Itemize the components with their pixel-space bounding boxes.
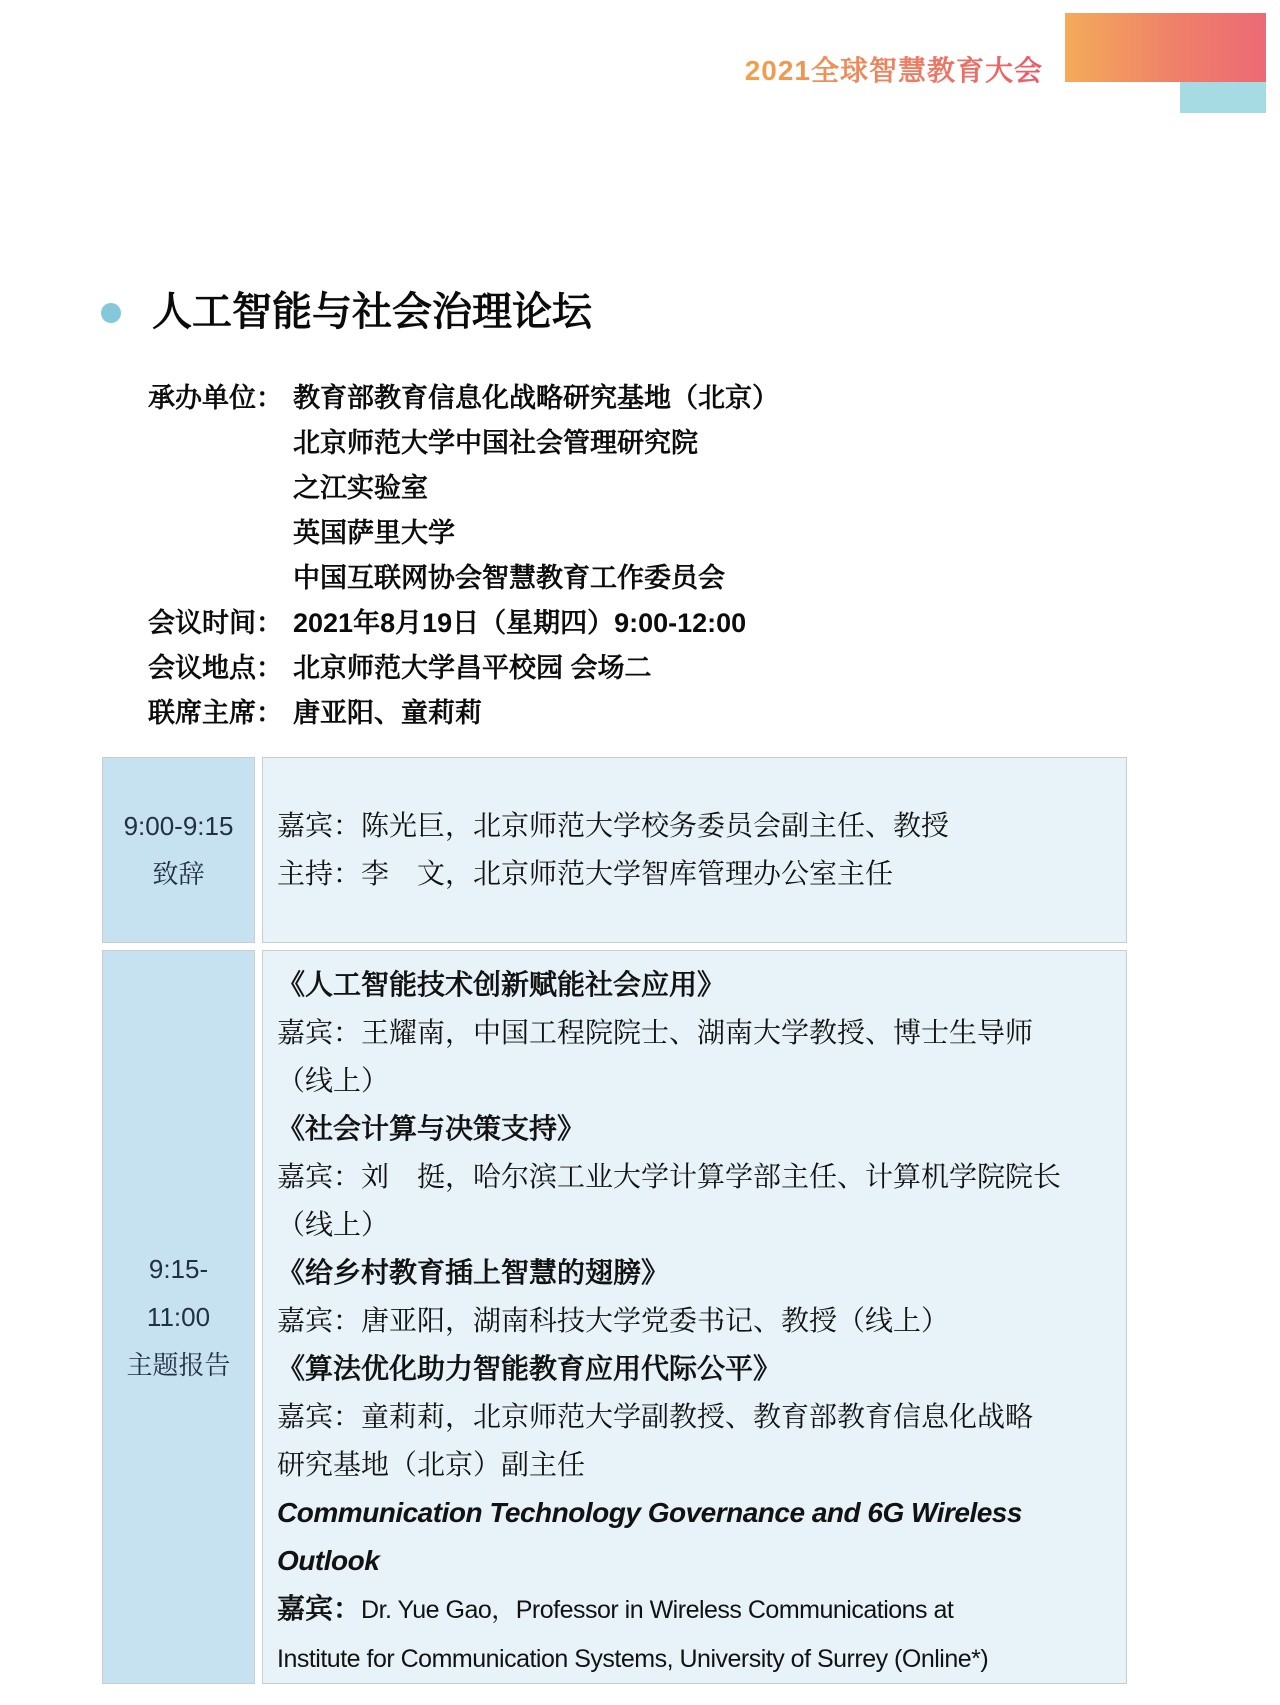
meta-label: 会议地点： (148, 646, 293, 685)
text-run: 嘉宾：陈光巨，北京师范大学校务委员会副主任、教授 (277, 810, 949, 841)
meta-label: 联席主席： (148, 691, 293, 730)
time-line: 9:00-9:15 (124, 802, 234, 850)
meta-line: 英国萨里大学 (148, 508, 779, 553)
meta-label: 承办单位： (148, 376, 293, 415)
meta-line: 之江实验室 (148, 463, 779, 508)
content-line: （线上） (277, 1201, 1116, 1249)
text-run: Institute for Communication Systems, Uni… (277, 1645, 988, 1673)
forum-meta-block: 承办单位：教育部教育信息化战略研究基地（北京）北京师范大学中国社会管理研究院之江… (148, 373, 779, 733)
schedule-table: 9:00-9:15致辞嘉宾：陈光巨，北京师范大学校务委员会副主任、教授主持：李 … (102, 757, 1127, 1680)
time-line: 主题报告 (126, 1341, 230, 1389)
meta-value: 北京师范大学中国社会管理研究院 (293, 421, 698, 460)
meta-line: 会议地点：北京师范大学昌平校园 会场二 (148, 643, 779, 688)
bullet-dot-icon (101, 303, 121, 323)
text-run: Dr. Yue Gao，Professor in Wireless Commun… (361, 1596, 953, 1624)
time-cell: 9:15-11:00主题报告 (102, 950, 255, 1684)
meta-value: 中国互联网协会智慧教育工作委员会 (293, 556, 725, 595)
forum-title: 人工智能与社会治理论坛 (152, 289, 592, 335)
content-line: 嘉宾：刘 挺，哈尔滨工业大学计算学部主任、计算机学院院长 (277, 1153, 1116, 1201)
text-run: （线上） (277, 1065, 389, 1096)
text-run: 嘉宾：唐亚阳，湖南科技大学党委书记、教授（线上） (277, 1305, 949, 1336)
text-run: 主持：李 文，北京师范大学智库管理办公室主任 (277, 858, 893, 889)
meta-line: 北京师范大学中国社会管理研究院 (148, 418, 779, 463)
meta-value: 之江实验室 (293, 466, 428, 505)
header-blue-block (1180, 82, 1266, 113)
text-run: 嘉宾：王耀南，中国工程院院士、湖南大学教授、博士生导师 (277, 1017, 1033, 1048)
meta-line: 承办单位：教育部教育信息化战略研究基地（北京） (148, 373, 779, 418)
text-run: Outlook (277, 1545, 379, 1576)
text-run: 《社会计算与决策支持》 (277, 1113, 585, 1144)
content-line: 《社会计算与决策支持》 (277, 1105, 1116, 1153)
conference-header-title: 2021全球智慧教育大会 (745, 49, 1043, 89)
content-line: 研究基地（北京）副主任 (277, 1441, 1116, 1489)
text-run: 《人工智能技术创新赋能社会应用》 (277, 969, 725, 1000)
text-run: （线上） (277, 1209, 389, 1240)
meta-line: 联席主席：唐亚阳、童莉莉 (148, 688, 779, 733)
meta-value: 英国萨里大学 (293, 511, 455, 550)
meta-value: 北京师范大学昌平校园 会场二 (293, 646, 652, 685)
text-run: 嘉宾：童莉莉，北京师范大学副教授、教育部教育信息化战略 (277, 1401, 1033, 1432)
text-run: 嘉宾：刘 挺，哈尔滨工业大学计算学部主任、计算机学院院长 (277, 1161, 1061, 1192)
content-line: 主持：李 文，北京师范大学智库管理办公室主任 (277, 850, 1116, 898)
content-line: 《人工智能技术创新赋能社会应用》 (277, 961, 1116, 1009)
meta-value: 2021年8月19日（星期四）9:00-12:00 (293, 601, 746, 640)
content-line: 嘉宾：王耀南，中国工程院院士、湖南大学教授、博士生导师 (277, 1009, 1116, 1057)
meta-value: 教育部教育信息化战略研究基地（北京） (293, 376, 779, 415)
text-run: 《算法优化助力智能教育应用代际公平》 (277, 1353, 781, 1384)
content-line: 嘉宾：唐亚阳，湖南科技大学党委书记、教授（线上） (277, 1297, 1116, 1345)
time-line: 9:15- (149, 1245, 208, 1293)
content-line: Institute for Communication Systems, Uni… (277, 1634, 1116, 1683)
text-run: Communication Technology Governance and … (277, 1497, 1022, 1528)
time-line: 11:00 (147, 1293, 210, 1341)
text-run: 嘉宾： (277, 1593, 361, 1624)
text-run: 《给乡村教育插上智慧的翅膀》 (277, 1257, 669, 1288)
content-line: 《给乡村教育插上智慧的翅膀》 (277, 1249, 1116, 1297)
header-gradient-block (1065, 13, 1266, 82)
time-line: 致辞 (152, 850, 204, 898)
content-line: Outlook (277, 1537, 1116, 1585)
content-line: （线上） (277, 1057, 1116, 1105)
conference-program-page: 2021全球智慧教育大会 人工智能与社会治理论坛 承办单位：教育部教育信息化战略… (0, 0, 1280, 1705)
content-cell: 嘉宾：陈光巨，北京师范大学校务委员会副主任、教授主持：李 文，北京师范大学智库管… (262, 757, 1127, 943)
time-cell: 9:00-9:15致辞 (102, 757, 255, 943)
content-cell: 《人工智能技术创新赋能社会应用》嘉宾：王耀南，中国工程院院士、湖南大学教授、博士… (262, 950, 1127, 1684)
meta-line: 中国互联网协会智慧教育工作委员会 (148, 553, 779, 598)
content-line: Communication Technology Governance and … (277, 1489, 1116, 1537)
content-line: 嘉宾：陈光巨，北京师范大学校务委员会副主任、教授 (277, 802, 1116, 850)
content-line: 《算法优化助力智能教育应用代际公平》 (277, 1345, 1116, 1393)
meta-value: 唐亚阳、童莉莉 (293, 691, 482, 730)
content-line: 嘉宾：童莉莉，北京师范大学副教授、教育部教育信息化战略 (277, 1393, 1116, 1441)
text-run: 研究基地（北京）副主任 (277, 1449, 585, 1480)
content-line: 嘉宾：Dr. Yue Gao，Professor in Wireless Com… (277, 1585, 1116, 1634)
meta-line: 会议时间：2021年8月19日（星期四）9:00-12:00 (148, 598, 779, 643)
meta-label: 会议时间： (148, 601, 293, 640)
